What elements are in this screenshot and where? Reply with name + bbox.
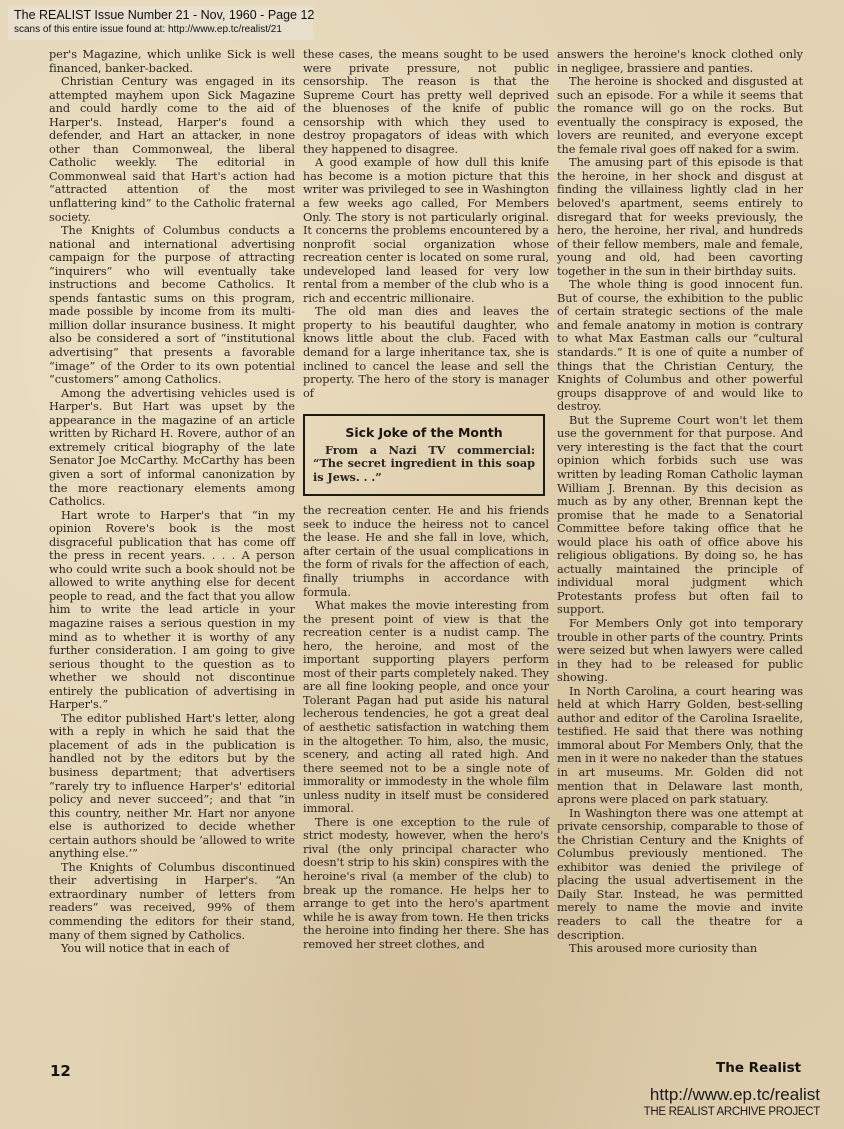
archive-project-name: THE REALIST ARCHIVE PROJECT (644, 1106, 820, 1118)
archive-url: http://www.ep.tc/realist (650, 1085, 820, 1105)
paragraph: Among the advertising vehicles used is H… (49, 387, 295, 509)
paragraph: per's Magazine, which unlike Sick is wel… (49, 48, 295, 75)
joke-body: From a Nazi TV commercial: “The secret i… (313, 444, 535, 485)
paragraph: Hart wrote to Harper's that “in my opini… (49, 509, 295, 712)
paragraph: answers the heroine's knock clothed only… (557, 48, 803, 75)
paragraph: The Knights of Columbus discontinued the… (49, 861, 295, 942)
paragraph: The heroine is shocked and disgusted at … (557, 75, 803, 156)
paragraph: There is one exception to the rule of st… (303, 816, 549, 951)
paragraph: For Members Only got into temporary trou… (557, 617, 803, 685)
banner-subtitle: scans of this entire issue found at: htt… (14, 23, 307, 36)
joke-title: Sick Joke of the Month (313, 426, 535, 440)
paragraph: The whole thing is good innocent fun. Bu… (557, 278, 803, 413)
paragraph: In Washington there was one attempt at p… (557, 807, 803, 942)
paragraph: The amusing part of this episode is that… (557, 156, 803, 278)
paragraph: these cases, the means sought to be used… (303, 48, 549, 156)
paragraph: A good example of how dull this knife ha… (303, 156, 549, 305)
paragraph: The old man dies and leaves the property… (303, 305, 549, 400)
page-number: 12 (50, 1062, 71, 1080)
paragraph: The editor published Hart's letter, alon… (49, 712, 295, 861)
paragraph: Christian Century was engaged in its att… (49, 75, 295, 224)
banner-title: The REALIST Issue Number 21 - Nov, 1960 … (14, 8, 307, 23)
archive-banner: The REALIST Issue Number 21 - Nov, 1960 … (8, 6, 313, 40)
paragraph: the recreation center. He and his friend… (303, 504, 549, 599)
paragraph: What makes the movie interesting from th… (303, 599, 549, 816)
paragraph: This aroused more curiosity than (557, 942, 803, 956)
article-column-3: answers the heroine's knock clothed only… (557, 48, 803, 956)
paragraph: In North Carolina, a court hearing was h… (557, 685, 803, 807)
sick-joke-box: Sick Joke of the Month From a Nazi TV co… (303, 414, 545, 496)
article-column-2: these cases, the means sought to be used… (303, 48, 549, 951)
article-column-1: per's Magazine, which unlike Sick is wel… (49, 48, 295, 956)
masthead: The Realist (716, 1060, 801, 1076)
paragraph: The Knights of Columbus conducts a natio… (49, 224, 295, 387)
paragraph: But the Supreme Court won't let them use… (557, 414, 803, 617)
paragraph: You will notice that in each of (49, 942, 295, 956)
